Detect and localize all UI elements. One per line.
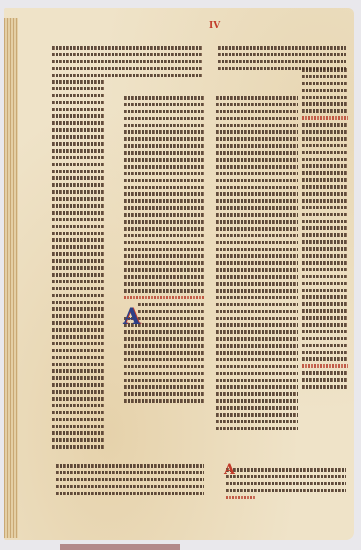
decorated-initial: A <box>123 304 140 330</box>
right-gloss <box>302 68 348 392</box>
folio-number: IV <box>209 21 220 31</box>
red-initial: A <box>224 462 235 478</box>
left-gloss <box>52 80 104 452</box>
background-strip <box>60 544 180 550</box>
page-edge <box>4 18 18 538</box>
top-gloss-left <box>52 46 202 80</box>
main-text-column-1 <box>124 96 204 406</box>
bottom-gloss-left <box>56 464 204 498</box>
bottom-gloss-right <box>226 468 346 502</box>
manuscript-page: IV A <box>4 8 354 540</box>
main-text-column-2 <box>216 96 298 434</box>
